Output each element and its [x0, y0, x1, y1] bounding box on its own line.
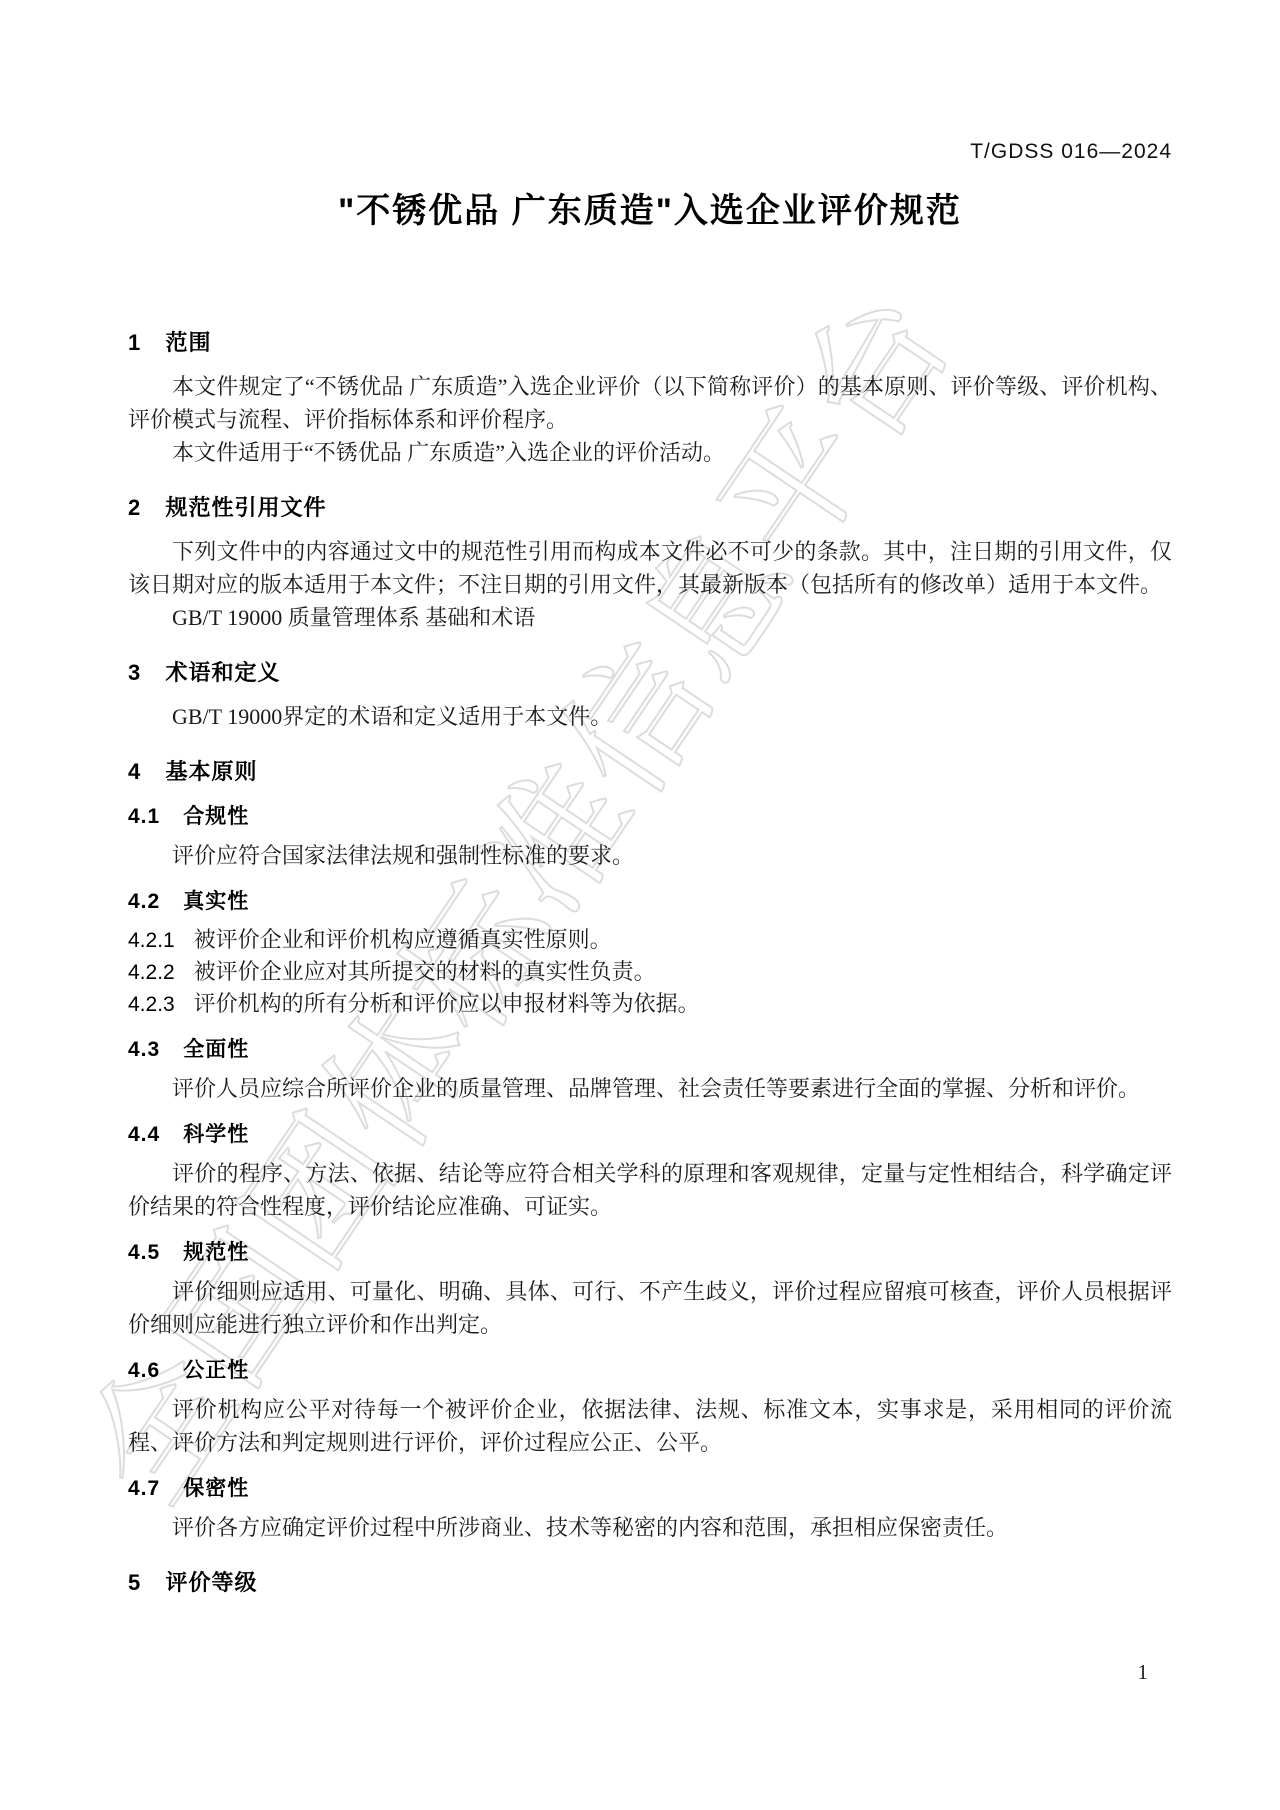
paragraph: 评价各方应确定评价过程中所涉商业、技术等秘密的内容和范围，承担相应保密责任。	[128, 1511, 1172, 1544]
clause-number: 4.2.2	[128, 961, 175, 984]
clause-item: 4.2.3评价机构的所有分析和评价应以申报材料等为依据。	[128, 988, 1172, 1020]
paragraph: 下列文件中的内容通过文中的规范性引用而构成本文件必不可少的条款。其中，注日期的引…	[128, 535, 1172, 601]
document-content: T/GDSS 016—2024 "不锈优品 广东质造"入选企业评价规范 1范围本…	[128, 0, 1172, 1610]
heading-text: 基本原则	[165, 759, 257, 784]
heading-text: 评价等级	[165, 1570, 257, 1595]
heading-number: 4.7	[128, 1477, 160, 1500]
section-heading: 5评价等级	[128, 1568, 1172, 1598]
heading-number: 4.2	[128, 890, 160, 913]
clause-number: 4.2.1	[128, 929, 175, 952]
heading-number: 4.3	[128, 1038, 160, 1061]
subsection-heading: 4.1合规性	[128, 803, 1172, 831]
heading-text: 合规性	[183, 805, 249, 828]
heading-number: 3	[128, 660, 141, 685]
standard-code: T/GDSS 016—2024	[128, 0, 1172, 164]
heading-number: 1	[128, 330, 141, 355]
heading-text: 规范性引用文件	[165, 495, 326, 520]
clause-text: 评价机构的所有分析和评价应以申报材料等为依据。	[194, 991, 700, 1016]
heading-number: 2	[128, 495, 141, 520]
clause-item: 4.2.2被评价企业应对其所提交的材料的真实性负责。	[128, 956, 1172, 988]
heading-text: 真实性	[183, 890, 249, 913]
subsection-heading: 4.3全面性	[128, 1036, 1172, 1064]
heading-number: 4.1	[128, 805, 160, 828]
heading-text: 公正性	[183, 1359, 249, 1382]
reference-line: GB/T 19000 质量管理体系 基础和术语	[128, 601, 1172, 634]
paragraph: 本文件规定了“不锈优品 广东质造”入选企业评价（以下简称评价）的基本原则、评价等…	[128, 370, 1172, 436]
subsection-heading: 4.4科学性	[128, 1121, 1172, 1149]
subsection-heading: 4.7保密性	[128, 1475, 1172, 1503]
section-heading: 4基本原则	[128, 757, 1172, 787]
heading-number: 4.4	[128, 1123, 160, 1146]
clause-number: 4.2.3	[128, 993, 175, 1016]
paragraph: 评价机构应公平对待每一个被评价企业，依据法律、法规、标准文本，实事求是，采用相同…	[128, 1393, 1172, 1459]
heading-number: 4.5	[128, 1241, 160, 1264]
heading-number: 5	[128, 1570, 141, 1595]
document-title: "不锈优品 广东质造"入选企业评价规范	[128, 188, 1172, 234]
document-body: 1范围本文件规定了“不锈优品 广东质造”入选企业评价（以下简称评价）的基本原则、…	[128, 328, 1172, 1598]
paragraph: 评价细则应适用、可量化、明确、具体、可行、不产生歧义，评价过程应留痕可核查，评价…	[128, 1275, 1172, 1341]
heading-text: 范围	[165, 330, 211, 355]
paragraph: 评价人员应综合所评价企业的质量管理、品牌管理、社会责任等要素进行全面的掌握、分析…	[128, 1072, 1172, 1105]
paragraph: 评价的程序、方法、依据、结论等应符合相关学科的原理和客观规律，定量与定性相结合，…	[128, 1157, 1172, 1223]
heading-text: 全面性	[183, 1038, 249, 1061]
heading-text: 科学性	[183, 1123, 249, 1146]
document-page: 全国团体标准信息平台 T/GDSS 016—2024 "不锈优品 广东质造"入选…	[0, 0, 1280, 1810]
subsection-heading: 4.5规范性	[128, 1239, 1172, 1267]
section-heading: 3术语和定义	[128, 658, 1172, 688]
page-number: 1	[1138, 1660, 1149, 1685]
subsection-heading: 4.2真实性	[128, 888, 1172, 916]
heading-text: 规范性	[183, 1241, 249, 1264]
section-heading: 1范围	[128, 328, 1172, 358]
heading-text: 保密性	[183, 1477, 249, 1500]
clause-text: 被评价企业和评价机构应遵循真实性原则。	[194, 927, 612, 952]
heading-number: 4	[128, 759, 141, 784]
heading-text: 术语和定义	[165, 660, 280, 685]
paragraph: GB/T 19000界定的术语和定义适用于本文件。	[128, 700, 1172, 733]
heading-number: 4.6	[128, 1359, 160, 1382]
section-heading: 2规范性引用文件	[128, 493, 1172, 523]
paragraph: 评价应符合国家法律法规和强制性标准的要求。	[128, 839, 1172, 872]
subsection-heading: 4.6公正性	[128, 1357, 1172, 1385]
clause-item: 4.2.1被评价企业和评价机构应遵循真实性原则。	[128, 924, 1172, 956]
paragraph: 本文件适用于“不锈优品 广东质造”入选企业的评价活动。	[128, 436, 1172, 469]
clause-text: 被评价企业应对其所提交的材料的真实性负责。	[194, 959, 656, 984]
